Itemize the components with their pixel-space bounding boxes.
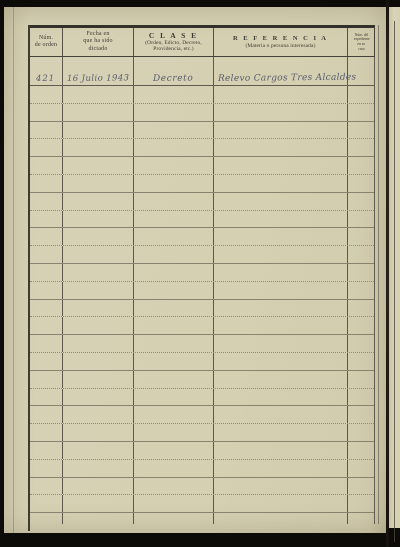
- cell-clase: [134, 86, 214, 103]
- cell-referencia: [214, 300, 348, 317]
- cell-num-de-orden: [30, 424, 63, 441]
- cell-expediente: [348, 424, 375, 441]
- cell-num-de-orden: [30, 353, 63, 370]
- table-row-empty: [30, 371, 374, 389]
- table-row-empty: [30, 246, 374, 264]
- cell-num-de-orden: [30, 86, 63, 103]
- cell-expediente: [348, 104, 375, 121]
- cell-clase: [134, 317, 214, 334]
- table-row-entry: 42116 Julio 1943DecretoRelevo Cargos Tre…: [30, 57, 374, 86]
- register-page-paper: Núm. de orden Fecha en que ha sido dicta…: [4, 7, 386, 533]
- cell-num-de-orden: [30, 246, 63, 263]
- cell-num-de-orden: [30, 104, 63, 121]
- header-text: caso: [358, 47, 365, 51]
- header-title: C L A S E: [149, 32, 198, 40]
- table-outer-frame-line: [378, 25, 379, 524]
- table-body: 42116 Julio 1943DecretoRelevo Cargos Tre…: [30, 57, 375, 524]
- cell-fecha: [63, 211, 134, 228]
- cell-expediente: [348, 264, 375, 281]
- table-row-stub: [30, 513, 374, 524]
- cell-num-de-orden: [30, 317, 63, 334]
- cell-referencia: [214, 406, 348, 423]
- cell-expediente: [348, 389, 375, 406]
- cell-num-de-orden: [30, 513, 63, 524]
- cell-expediente: [348, 211, 375, 228]
- cell-fecha: [63, 478, 134, 495]
- header-subtitle: Providencia, etc.): [153, 46, 193, 52]
- header-text: Fecha en: [86, 31, 109, 39]
- cell-fecha: [63, 335, 134, 352]
- header-subtitle: (Materia o persona interesada): [245, 43, 315, 49]
- cell-expediente: [348, 478, 375, 495]
- table-row-empty: [30, 86, 374, 104]
- cell-fecha: [63, 104, 134, 121]
- table-row-empty: [30, 282, 374, 300]
- table-row-empty: [30, 175, 374, 193]
- cell-fecha: [63, 495, 134, 512]
- cell-referencia: [214, 424, 348, 441]
- table-row-empty: [30, 424, 374, 442]
- cell-referencia: [214, 157, 348, 174]
- cell-fecha: [63, 282, 134, 299]
- cell-num-de-orden: [30, 371, 63, 388]
- cell-fecha: 16 Julio 1943: [63, 57, 134, 85]
- cell-expediente: [348, 86, 375, 103]
- cell-fecha: [63, 228, 134, 245]
- table-row-empty: [30, 389, 374, 407]
- cell-num-de-orden: [30, 478, 63, 495]
- cell-expediente: [348, 406, 375, 423]
- table-row-empty: [30, 442, 374, 460]
- cell-num-de-orden: [30, 442, 63, 459]
- cell-num-de-orden: [30, 193, 63, 210]
- table-row-empty: [30, 317, 374, 335]
- table-row-empty: [30, 157, 374, 175]
- cell-referencia: [214, 139, 348, 156]
- cell-fecha: [63, 353, 134, 370]
- cell-referencia: [214, 86, 348, 103]
- cell-fecha: [63, 424, 134, 441]
- cell-expediente: [348, 317, 375, 334]
- cell-referencia: [214, 495, 348, 512]
- cell-clase: [134, 300, 214, 317]
- cell-referencia: [214, 460, 348, 477]
- cell-num-de-orden: [30, 406, 63, 423]
- cell-referencia: [214, 478, 348, 495]
- cell-referencia: [214, 122, 348, 139]
- cell-expediente: [348, 495, 375, 512]
- cell-referencia: [214, 335, 348, 352]
- header-num-expediente: Núm. del expediente en su caso: [348, 28, 375, 56]
- cell-fecha: [63, 157, 134, 174]
- cell-fecha: [63, 317, 134, 334]
- cell-clase: [134, 122, 214, 139]
- cell-referencia: [214, 513, 348, 524]
- cell-clase: [134, 104, 214, 121]
- cell-fecha: [63, 139, 134, 156]
- cell-num-de-orden: [30, 264, 63, 281]
- cell-fecha: [63, 246, 134, 263]
- table-row-empty: [30, 193, 374, 211]
- table-row-empty: [30, 211, 374, 229]
- table-row-empty: [30, 122, 374, 140]
- cell-clase: [134, 211, 214, 228]
- cell-fecha: [63, 264, 134, 281]
- cell-expediente: [348, 335, 375, 352]
- cell-referencia: [214, 371, 348, 388]
- cell-referencia: [214, 211, 348, 228]
- cell-referencia: [214, 264, 348, 281]
- table-row-empty: [30, 300, 374, 318]
- cell-expediente: [348, 442, 375, 459]
- cell-fecha: [63, 300, 134, 317]
- cell-referencia: [214, 389, 348, 406]
- table-row-empty: [30, 104, 374, 122]
- cell-clase: [134, 513, 214, 524]
- cell-num-de-orden: 421: [30, 57, 63, 85]
- cell-expediente: [348, 371, 375, 388]
- cell-fecha: [63, 513, 134, 524]
- table-row-empty: [30, 139, 374, 157]
- cell-expediente: [348, 300, 375, 317]
- cell-expediente: [348, 282, 375, 299]
- cell-clase: [134, 193, 214, 210]
- cell-clase: [134, 389, 214, 406]
- cell-fecha: [63, 371, 134, 388]
- cell-fecha: [63, 460, 134, 477]
- cell-clase: Decreto: [134, 57, 214, 85]
- handwritten-referencia: Relevo Cargos Tres Alcaldes: [218, 73, 357, 84]
- table-header-row: Núm. de orden Fecha en que ha sido dicta…: [30, 25, 375, 57]
- table-row-empty: [30, 495, 374, 513]
- cell-expediente: [348, 513, 375, 524]
- header-fecha: Fecha en que ha sido dictado: [63, 28, 134, 56]
- table-row-empty: [30, 478, 374, 496]
- adjacent-page-edge: [389, 7, 400, 528]
- cell-num-de-orden: [30, 495, 63, 512]
- cell-expediente: [348, 228, 375, 245]
- cell-expediente: [348, 246, 375, 263]
- cell-num-de-orden: [30, 211, 63, 228]
- header-text: de orden: [35, 42, 57, 50]
- cell-referencia: [214, 282, 348, 299]
- cell-clase: [134, 175, 214, 192]
- cell-clase: [134, 371, 214, 388]
- cell-clase: [134, 495, 214, 512]
- cell-num-de-orden: [30, 139, 63, 156]
- table-row-empty: [30, 406, 374, 424]
- cell-clase: [134, 282, 214, 299]
- cell-clase: [134, 139, 214, 156]
- cell-clase: [134, 264, 214, 281]
- cell-num-de-orden: [30, 389, 63, 406]
- cell-expediente: [348, 157, 375, 174]
- cell-clase: [134, 424, 214, 441]
- cell-num-de-orden: [30, 122, 63, 139]
- page-edge-crease: [13, 7, 14, 533]
- table-row-empty: [30, 228, 374, 246]
- handwritten-fecha: 16 Julio 1943: [67, 73, 130, 84]
- cell-num-de-orden: [30, 460, 63, 477]
- cell-clase: [134, 460, 214, 477]
- cell-fecha: [63, 406, 134, 423]
- cell-expediente: [348, 353, 375, 370]
- cell-num-de-orden: [30, 157, 63, 174]
- header-text: Núm.: [39, 35, 53, 43]
- cell-referencia: [214, 442, 348, 459]
- table-row-empty: [30, 264, 374, 282]
- header-title: R E F E R E N C I A: [233, 35, 328, 43]
- cell-fecha: [63, 193, 134, 210]
- cell-referencia: [214, 246, 348, 263]
- table-row-empty: [30, 460, 374, 478]
- cell-referencia: [214, 353, 348, 370]
- adjacent-page-rule-line: [394, 21, 395, 542]
- register-table: Núm. de orden Fecha en que ha sido dicta…: [28, 25, 375, 531]
- cell-clase: [134, 157, 214, 174]
- cell-num-de-orden: [30, 300, 63, 317]
- handwritten-clase: Decreto: [153, 74, 194, 84]
- cell-num-de-orden: [30, 335, 63, 352]
- cell-clase: [134, 228, 214, 245]
- header-text: dictado: [88, 46, 107, 54]
- cell-referencia: [214, 228, 348, 245]
- cell-fecha: [63, 442, 134, 459]
- cell-referencia: [214, 175, 348, 192]
- cell-fecha: [63, 175, 134, 192]
- scanned-register-page: Núm. de orden Fecha en que ha sido dicta…: [0, 0, 400, 547]
- cell-clase: [134, 406, 214, 423]
- cell-expediente: [348, 122, 375, 139]
- cell-expediente: [348, 175, 375, 192]
- cell-expediente: [348, 460, 375, 477]
- cell-num-de-orden: [30, 282, 63, 299]
- header-text: que ha sido: [83, 38, 113, 46]
- cell-clase: [134, 335, 214, 352]
- cell-fecha: [63, 389, 134, 406]
- cell-clase: [134, 246, 214, 263]
- cell-clase: [134, 442, 214, 459]
- cell-referencia: [214, 317, 348, 334]
- cell-referencia: Relevo Cargos Tres Alcaldes: [214, 57, 348, 85]
- handwritten-num-de-orden: 421: [36, 74, 55, 84]
- header-clase: C L A S E (Orden, Edicto, Decreto, Provi…: [134, 28, 214, 56]
- cell-clase: [134, 478, 214, 495]
- cell-fecha: [63, 86, 134, 103]
- header-num-de-orden: Núm. de orden: [30, 28, 63, 56]
- table-row-empty: [30, 353, 374, 371]
- cell-num-de-orden: [30, 228, 63, 245]
- cell-num-de-orden: [30, 175, 63, 192]
- header-referencia: R E F E R E N C I A (Materia o persona i…: [214, 28, 348, 56]
- cell-expediente: [348, 139, 375, 156]
- cell-expediente: [348, 193, 375, 210]
- cell-referencia: [214, 193, 348, 210]
- cell-referencia: [214, 104, 348, 121]
- cell-fecha: [63, 122, 134, 139]
- cell-clase: [134, 353, 214, 370]
- table-row-empty: [30, 335, 374, 353]
